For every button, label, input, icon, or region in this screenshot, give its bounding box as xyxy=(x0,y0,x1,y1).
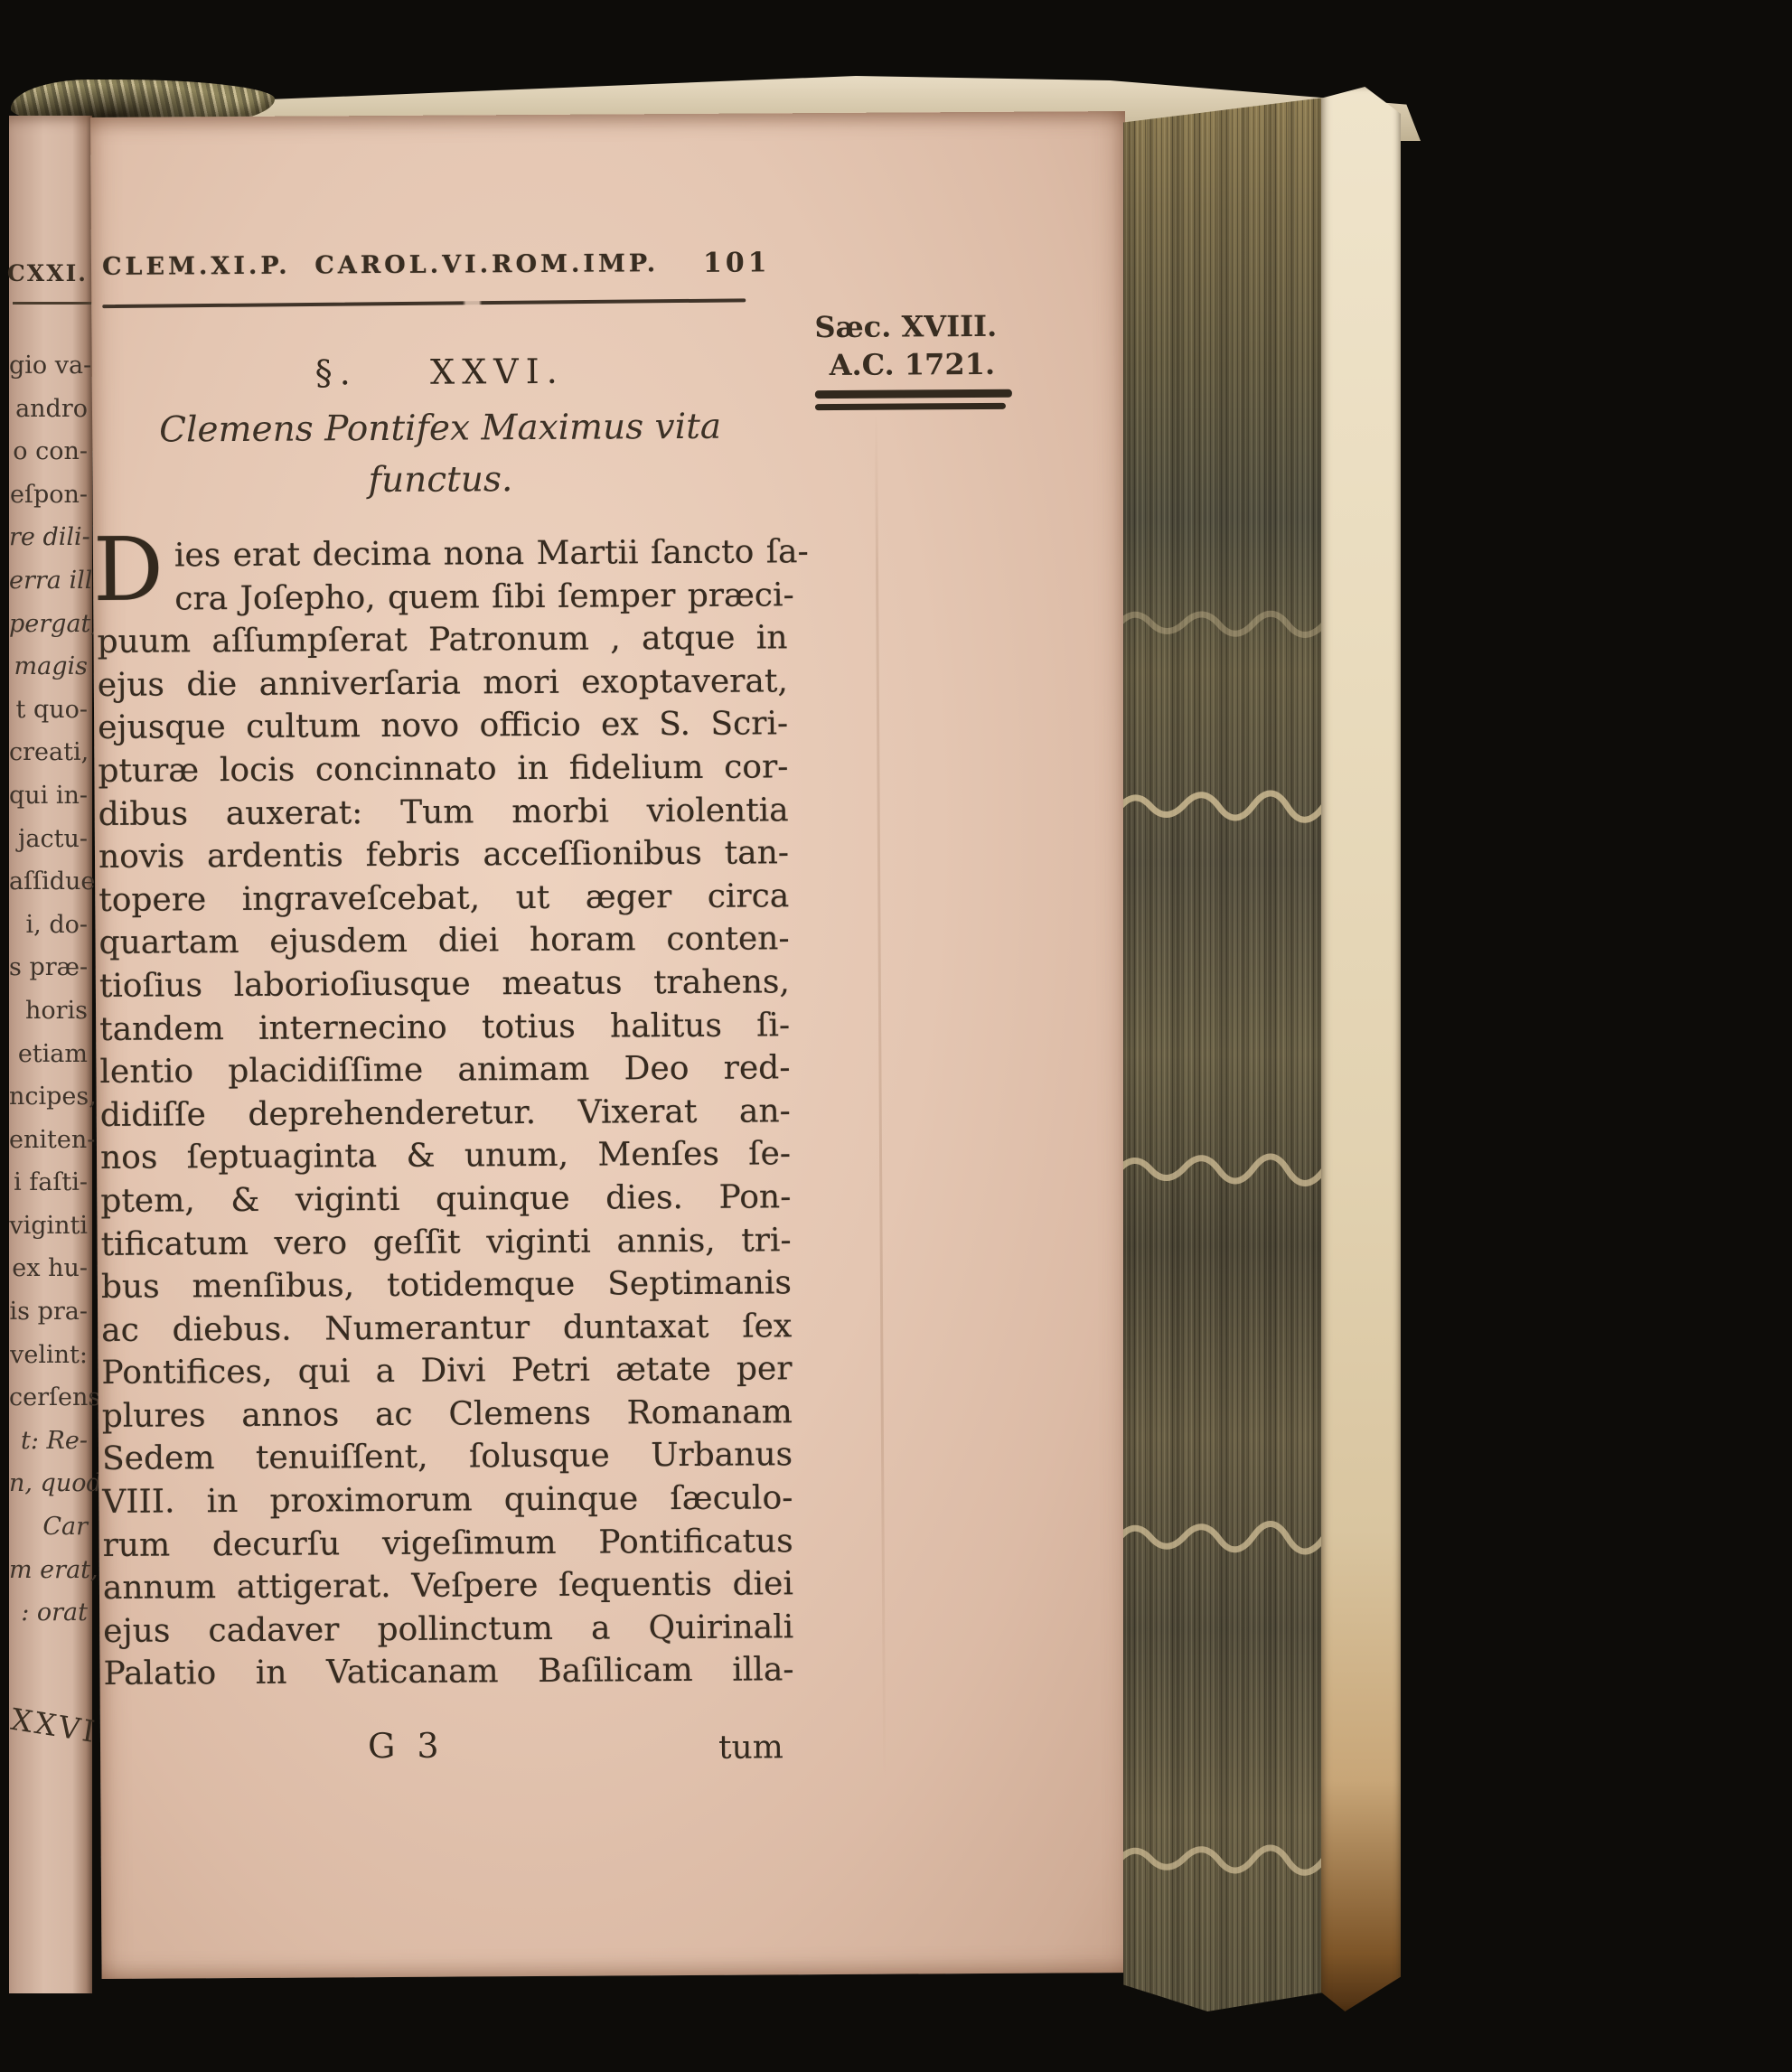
body-line: topere ingraveſcebat, ut æger circa xyxy=(99,875,789,922)
body-line: ies erat decima nona Martii ſancto ſa- xyxy=(97,530,787,577)
prev-page-fragment: qui in- xyxy=(9,778,92,821)
running-head-rule xyxy=(102,298,746,308)
fore-edge-wave xyxy=(1123,1157,1324,1184)
fore-edge-wave xyxy=(1123,793,1324,820)
body-line: Pontifices, qui a Divi Petri ætate per xyxy=(101,1348,792,1395)
prev-page-fragment: horis xyxy=(9,993,92,1036)
book-photo: CXXI. gio va-androo con-eſpon-re dili-er… xyxy=(0,0,1792,2072)
prev-page-fragment: pergat, xyxy=(9,606,92,650)
prev-page-fragment: t: Re- xyxy=(9,1423,92,1467)
section-title: Clemens Pontifex Maximus vita functus. xyxy=(96,400,785,508)
prev-page-fragment: eſpon- xyxy=(9,477,92,520)
body-line: Palatio in Vaticanam Baſilicam illa- xyxy=(103,1649,793,1696)
body-line: tioſius laborioſiusque meatus trahens, xyxy=(99,961,790,1008)
body-line: VIII. in proximorum quinque ſæculo- xyxy=(102,1477,793,1524)
prev-page-fragment: Car xyxy=(9,1509,92,1552)
prev-page-fragment: velint: xyxy=(9,1337,92,1381)
prev-page-fragment: s præ- xyxy=(9,950,92,993)
prev-page-fragment: re dili- xyxy=(9,520,92,563)
prev-page-fragment: i, do- xyxy=(9,907,92,951)
body-line: ptem, & viginti quinque dies. Pon- xyxy=(100,1176,791,1223)
prev-page-fragment: erra illi xyxy=(9,563,92,606)
body-line: tificatum vero geſſit viginti annis, tri… xyxy=(100,1219,791,1266)
fore-edge-wave xyxy=(1123,1848,1324,1872)
prev-page-fragment: jactu- xyxy=(9,821,92,865)
body-line: dibus auxerat: Tum morbi violentia xyxy=(99,789,789,836)
body-line: plures annos ac Clemens Romanam xyxy=(102,1391,793,1438)
prev-page-fragment: gio va- xyxy=(9,348,92,391)
prev-page-fragment: is pra- xyxy=(9,1294,92,1337)
prev-page-fragment: creati, xyxy=(9,735,92,778)
prev-page-fragment: n, quod xyxy=(9,1466,92,1509)
signature-mark: G 3 xyxy=(368,1726,445,1767)
prev-page-fragment: viginti xyxy=(9,1208,92,1252)
body-line: tandem internecino totius halitus ſi- xyxy=(99,1004,790,1051)
body-line: ejus cadaver pollinctum a Quirinali xyxy=(103,1606,793,1653)
fore-edge-wave xyxy=(1123,614,1324,634)
prev-page-header-rule xyxy=(13,302,92,305)
page-number: 101 xyxy=(703,247,771,279)
body-line: ac diebus. Numerantur duntaxat ſex xyxy=(101,1305,792,1352)
prev-page-line-fragments: gio va-androo con-eſpon-re dili-erra ill… xyxy=(9,348,92,1638)
prev-page-fragment: andro xyxy=(9,391,92,435)
margin-note-century: Sæc. XVIII. xyxy=(814,307,1015,346)
body-line: rum decurſu vigeſimum Pontificatus xyxy=(103,1520,793,1567)
prev-page-bottom-fragment: XXVI xyxy=(9,1702,100,1750)
body-line: cra Joſepho, quem ſibi ſemper præci- xyxy=(97,574,787,621)
prev-page-fragment: eniten- xyxy=(9,1122,92,1166)
prev-page-fragment: cerſens xyxy=(9,1380,92,1423)
body-line: puum aſſumpſerat Patronum , atque in xyxy=(97,616,787,663)
body-line: lentio placidiſſime animam Deo red- xyxy=(99,1046,790,1093)
section-title-line2: functus. xyxy=(96,452,784,508)
body-line: Sedem tenuiſſent, ſolusque Urbanus xyxy=(102,1434,793,1481)
body-line: ejusque cultum novo officio ex S. Scri- xyxy=(98,703,788,750)
body-lines: ies erat decima nona Martii ſancto ſa-cr… xyxy=(97,530,794,1696)
prev-page-fragment: etiam xyxy=(9,1036,92,1080)
prev-page-running-head: CXXI. xyxy=(7,262,88,285)
margin-note-year: A.C. 1721. xyxy=(815,345,1016,384)
prev-page-fragment: t quo- xyxy=(9,692,92,736)
prev-page-fragment: aſſidue xyxy=(9,864,92,907)
body-line: bus menſibus, totidemque Septimanis xyxy=(101,1261,792,1308)
body-line: novis ardentis febris acceſſionibus tan- xyxy=(99,831,789,878)
prev-page-fragment: o con- xyxy=(9,434,92,477)
fore-edge-marbled xyxy=(1123,98,1324,2011)
prev-page-fragment: ncipes, xyxy=(9,1079,92,1122)
body-text: D ies erat decima nona Martii ſancto ſa-… xyxy=(97,530,794,1696)
prev-page-fragment: : orat xyxy=(9,1595,92,1638)
fore-edge-wave xyxy=(1123,1524,1324,1552)
page-edge-crease xyxy=(875,411,886,1785)
body-line: ejus die anniverſaria mori exoptaverat, xyxy=(98,660,788,707)
body-line: annum attigerat. Veſpere ſequentis diei xyxy=(103,1563,793,1610)
margin-note-rule-top xyxy=(815,389,1012,398)
margin-note-rule-bottom xyxy=(815,403,1006,410)
prev-page-fragment: m erat, xyxy=(9,1552,92,1596)
body-line: pturæ locis concinnato in fidelium cor- xyxy=(98,745,788,792)
fore-edge-waves xyxy=(1123,98,1324,2011)
section-title-line1: Clemens Pontifex Maximus vita xyxy=(96,400,784,456)
back-cover-edge xyxy=(1321,87,1401,2011)
prev-page-fragment: magis xyxy=(9,649,92,692)
drop-cap: D xyxy=(93,526,164,614)
body-line: didiſſe deprehenderetur. Vixerat an- xyxy=(100,1090,791,1137)
previous-page-strip: CXXI. gio va-androo con-eſpon-re dili-er… xyxy=(9,116,92,1993)
prev-page-fragment: ex hu- xyxy=(9,1251,92,1294)
catchword: tum xyxy=(718,1729,783,1766)
margin-note: Sæc. XVIII. A.C. 1721. xyxy=(814,307,1016,410)
book-page: CLEM.XI.P. CAROL.VI.ROM.IMP. 101 Sæc. XV… xyxy=(90,111,1137,1979)
running-head: CLEM.XI.P. CAROL.VI.ROM.IMP. xyxy=(102,249,659,282)
section-heading: §. XXVI. xyxy=(96,350,784,394)
body-line: quartam ejusdem diei horam conten- xyxy=(99,918,789,965)
body-line: nos ſeptuaginta & unum, Menſes ſe- xyxy=(100,1133,791,1180)
prev-page-fragment: i faſti- xyxy=(9,1165,92,1208)
